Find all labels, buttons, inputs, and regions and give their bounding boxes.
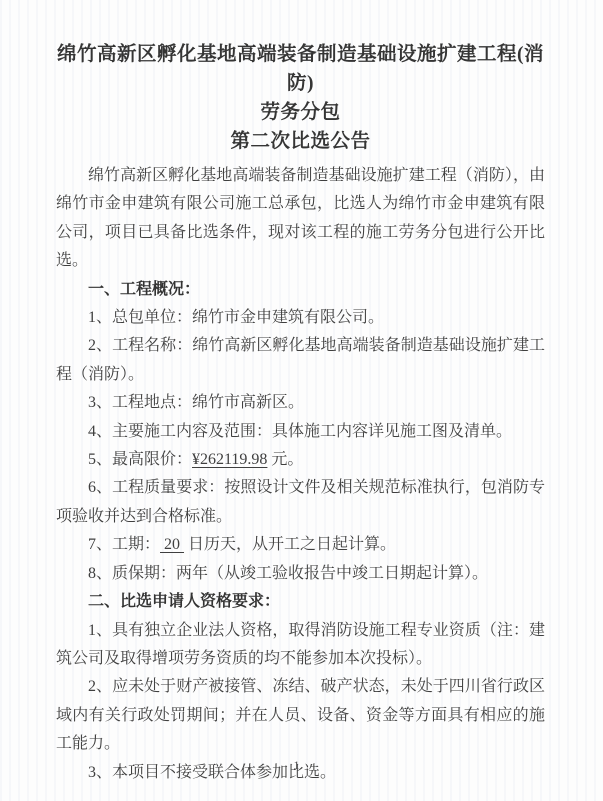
section-1-item-scope: 4、主要施工内容及范围：具体施工内容详见施工图及清单。 (56, 418, 545, 446)
document-content: 绵竹高新区孵化基地高端装备制造基础设施扩建工程(消防) 劳务分包 第二次比选公告… (56, 40, 545, 787)
max-price-suffix: 元。 (267, 451, 303, 468)
section-1-heading: 一、工程概况： (56, 276, 545, 304)
section-1-item-location: 3、工程地点：绵竹市高新区。 (56, 389, 545, 417)
title-line-project: 绵竹高新区孵化基地高端装备制造基础设施扩建工程(消防) (56, 40, 545, 98)
section-2-item-status: 2、应未处于财产被接管、冻结、破产状态，未处于四川省行政区域内有关行政处罚期间；… (56, 673, 545, 758)
max-price-value: ¥262119.98 (192, 451, 267, 468)
section-1-item-general-contractor: 1、总包单位：绵竹市金申建筑有限公司。 (56, 304, 545, 332)
title-line-announcement: 第二次比选公告 (56, 127, 545, 156)
duration-suffix: 日历天，从开工之日起计算。 (184, 536, 396, 553)
section-1-item-duration: 7、工期： 20 日历天，从开工之日起计算。 (56, 531, 545, 559)
scanned-document-page: 绵竹高新区孵化基地高端装备制造基础设施扩建工程(消防) 劳务分包 第二次比选公告… (0, 0, 603, 801)
section-2-item-qualification: 1、具有独立企业法人资格，取得消防设施工程专业资质（注：建筑公司及取得增项劳务资… (56, 617, 545, 674)
document-title: 绵竹高新区孵化基地高端装备制造基础设施扩建工程(消防) 劳务分包 第二次比选公告 (56, 40, 545, 156)
section-1-item-max-price: 5、最高限价：¥262119.98 元。 (56, 446, 545, 474)
section-1-item-quality: 6、工程质量要求：按照设计文件及相关规范标准执行，包消防专项验收并达到合格标准。 (56, 474, 545, 531)
document-body: 绵竹高新区孵化基地高端装备制造基础设施扩建工程（消防），由绵竹市金申建筑有限公司… (56, 162, 545, 787)
title-line-subpackage: 劳务分包 (56, 98, 545, 127)
page-number: 1 (0, 758, 593, 773)
intro-paragraph: 绵竹高新区孵化基地高端装备制造基础设施扩建工程（消防），由绵竹市金申建筑有限公司… (56, 162, 545, 276)
max-price-label: 5、最高限价： (88, 451, 192, 468)
duration-value: 20 (160, 536, 184, 553)
section-1-item-warranty: 8、质保期：两年（从竣工验收报告中竣工日期起计算）。 (56, 560, 545, 588)
section-1-item-project-name: 2、工程名称：绵竹高新区孵化基地高端装备制造基础设施扩建工程（消防）。 (56, 332, 545, 389)
section-2-heading: 二、比选申请人资格要求： (56, 588, 545, 616)
duration-label: 7、工期： (88, 536, 160, 553)
